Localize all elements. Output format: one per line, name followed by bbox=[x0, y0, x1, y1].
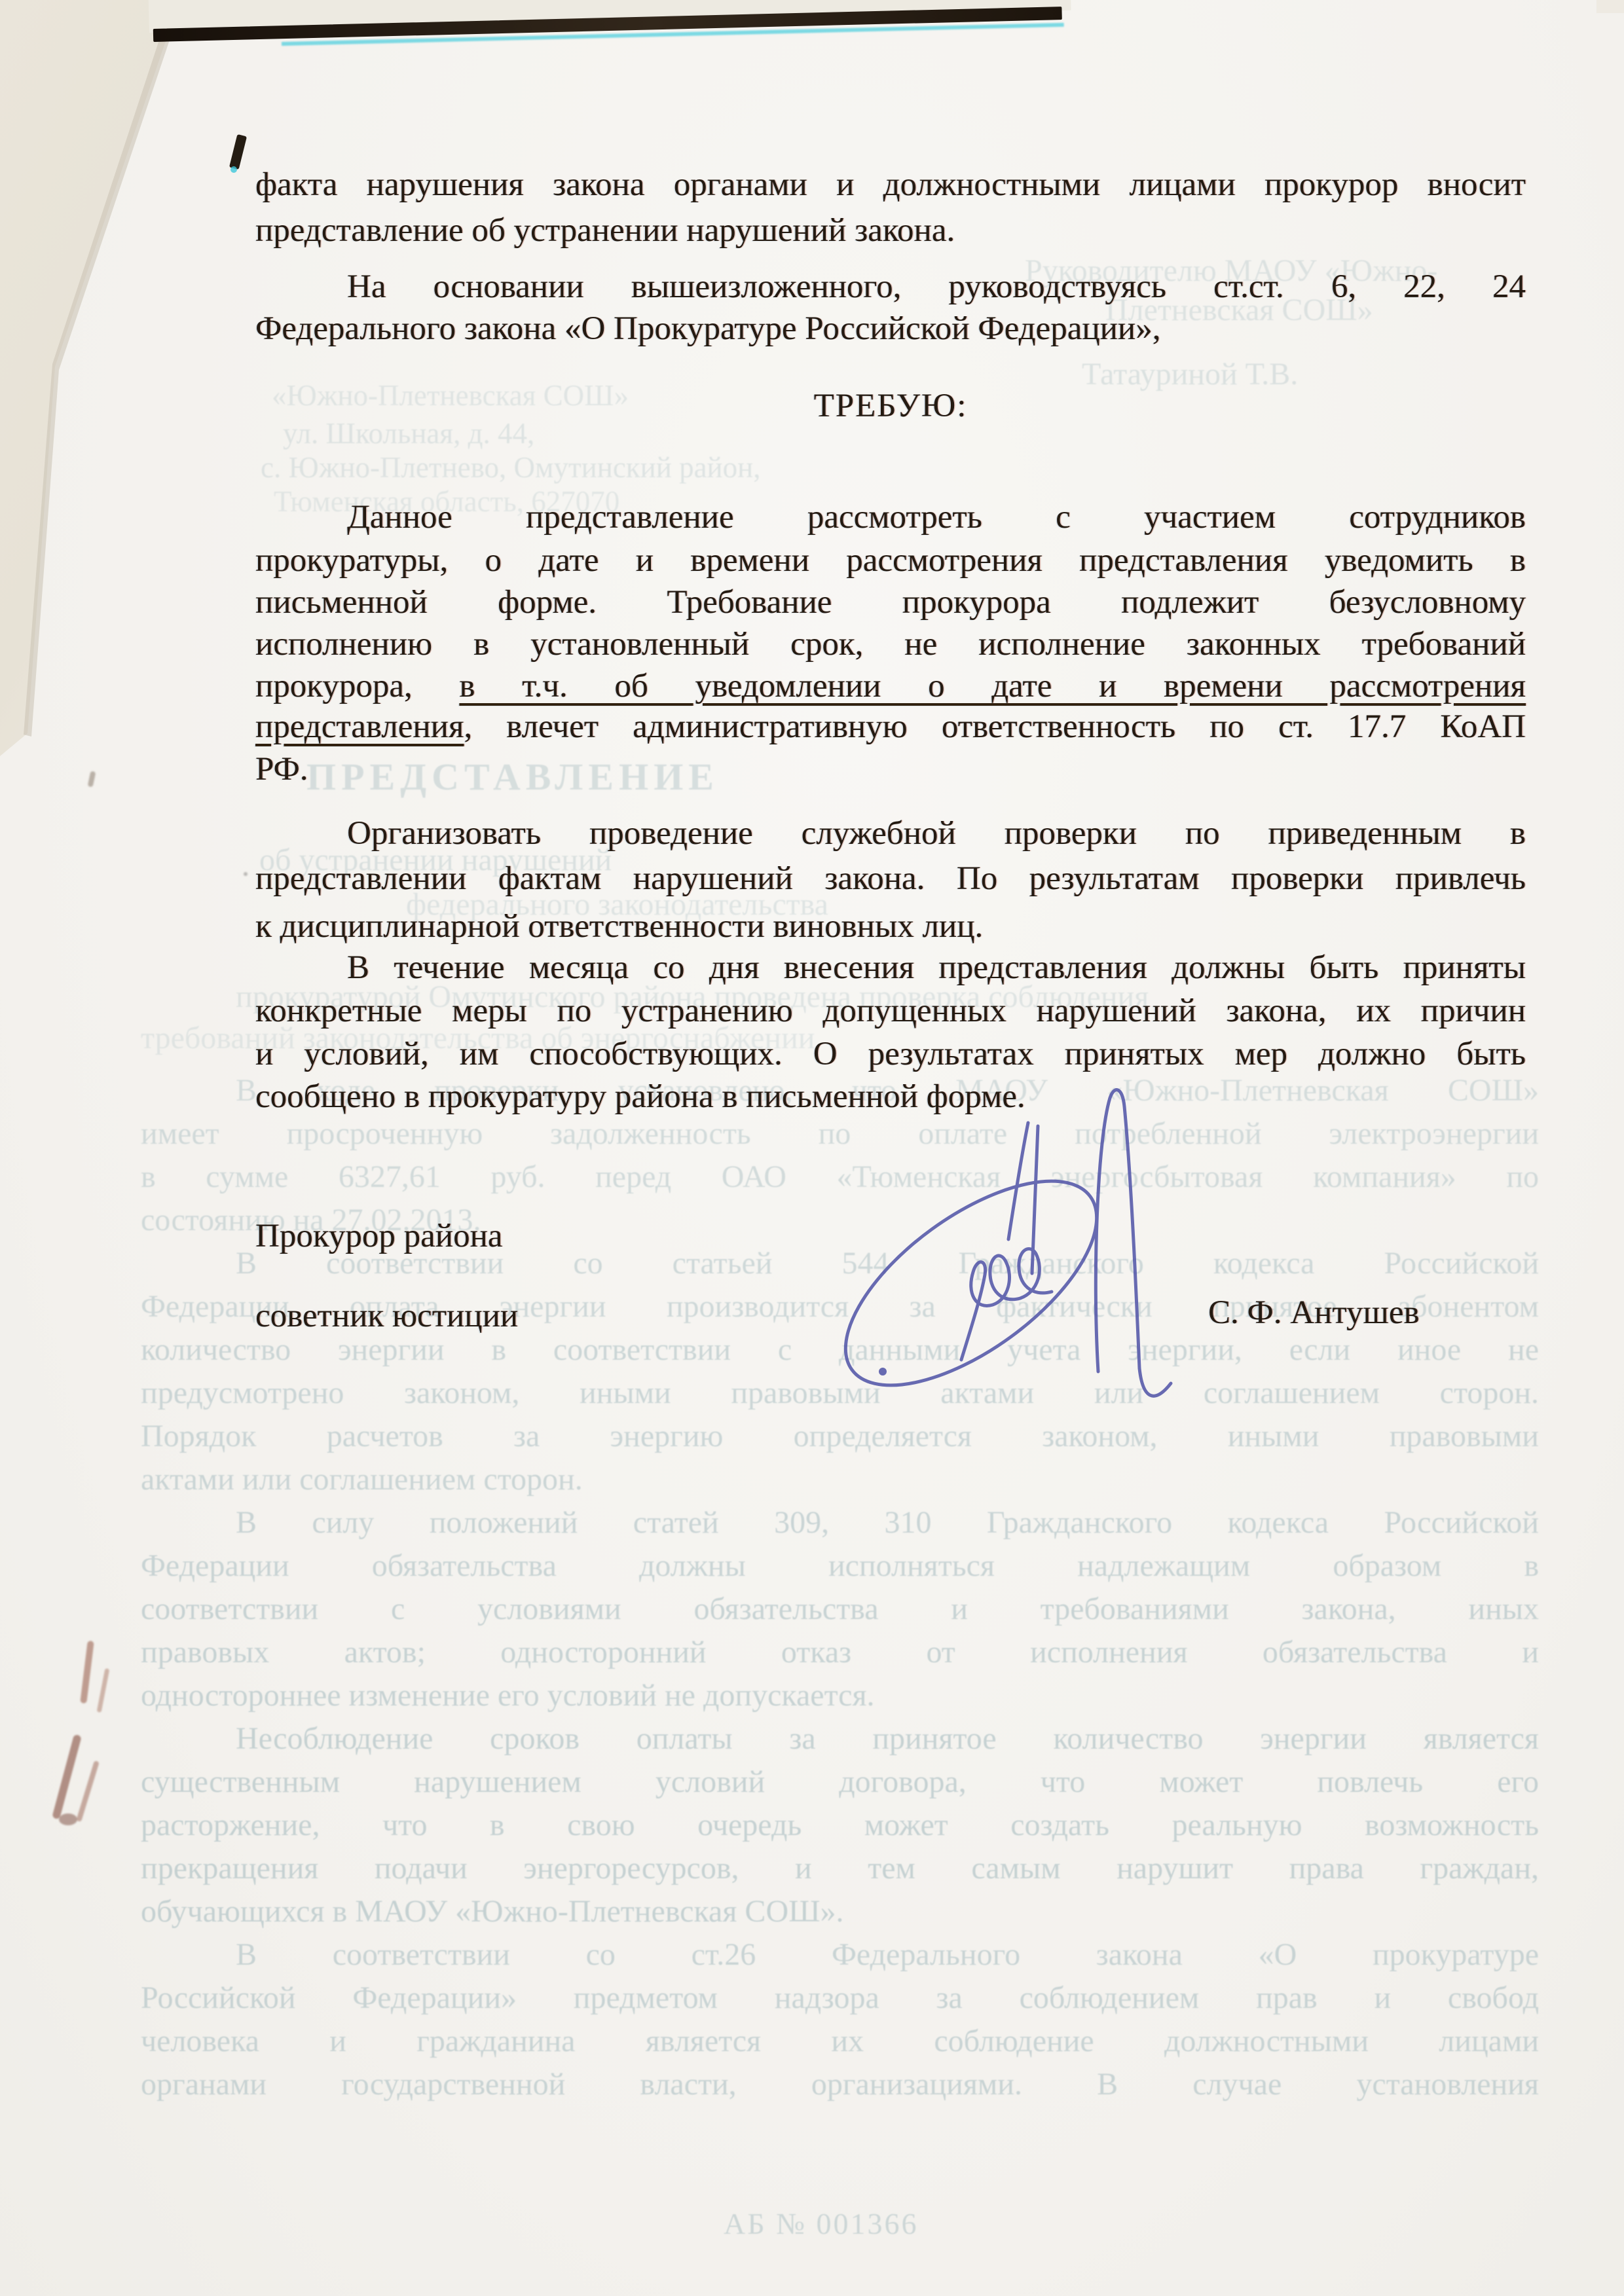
section-heading: ТРЕБУЮ: bbox=[255, 386, 1526, 426]
body-line-12: Организовать проведение служебной провер… bbox=[347, 814, 1526, 853]
body-line-6: прокуратуры, о дате и времени рассмотрен… bbox=[255, 541, 1526, 580]
body-line-7: письменной форме. Требование прокурора п… bbox=[255, 583, 1526, 622]
text-segment: ТРЕБУЮ: bbox=[814, 388, 968, 424]
text-segment: Данное представление рассмотреть с участ… bbox=[347, 499, 1526, 536]
text-segment: Прокурор района bbox=[255, 1218, 503, 1254]
body-line-1: факта нарушения закона органами и должно… bbox=[255, 165, 1526, 204]
text-segment: письменной форме. Требование прокурора п… bbox=[255, 584, 1526, 621]
text-segment: факта нарушения закона органами и должно… bbox=[255, 166, 1526, 203]
top-right-edge bbox=[1596, 0, 1624, 13]
text-segment: исполнению в установленный срок, не испо… bbox=[255, 626, 1526, 663]
text-segment: Федерального закона «О Прокуратуре Росси… bbox=[255, 310, 1160, 347]
body-line-4: Федерального закона «О Прокуратуре Росси… bbox=[255, 309, 1160, 348]
body-line-14: к дисциплинарной ответственности виновны… bbox=[255, 907, 983, 946]
underlined-text: в т.ч. об уведомлении о дате и времени р… bbox=[459, 668, 1526, 704]
underlined-text: представления bbox=[255, 708, 464, 745]
text-segment: На основании вышеизложенного, руководств… bbox=[347, 268, 1526, 305]
body-line-2: представление об устранении нарушений за… bbox=[255, 211, 955, 250]
text-segment: представлении фактам нарушений закона. П… bbox=[255, 860, 1526, 897]
body-line-8: исполнению в установленный срок, не испо… bbox=[255, 625, 1526, 664]
body-line-17: и условий, им способствующих. О результа… bbox=[255, 1034, 1526, 1074]
body-line-15: В течение месяца со дня внесения предста… bbox=[347, 948, 1526, 987]
text-segment: конкретные меры по устранению допущенных… bbox=[255, 993, 1526, 1029]
signature-icon bbox=[812, 1077, 1244, 1450]
text-segment: прокуратуры, о дате и времени рассмотрен… bbox=[255, 542, 1526, 579]
body-line-11: РФ. bbox=[255, 750, 308, 789]
text-segment: к дисциплинарной ответственности виновны… bbox=[255, 908, 983, 945]
text-segment: РФ. bbox=[255, 751, 308, 788]
text-segment: , влечет административную ответственност… bbox=[464, 708, 1526, 745]
signer-post-line: Прокурор района bbox=[255, 1216, 503, 1256]
text-segment: и условий, им способствующих. О результа… bbox=[255, 1036, 1526, 1072]
text-segment: В течение месяца со дня внесения предста… bbox=[347, 949, 1526, 986]
signer-rank-line: советник юстиции bbox=[255, 1296, 518, 1336]
text-segment: представление об устранении нарушений за… bbox=[255, 212, 955, 249]
text-segment: прокурора, bbox=[255, 668, 459, 704]
body-line-5: Данное представление рассмотреть с участ… bbox=[347, 498, 1526, 537]
body-line-9: прокурора, в т.ч. об уведомлении о дате … bbox=[255, 666, 1526, 706]
text-segment: советник юстиции bbox=[255, 1298, 518, 1334]
notch-cyan-dot bbox=[231, 166, 237, 173]
scanned-document-page: Руководителю МАОУ «Южно-Плетневская СОШ»… bbox=[0, 0, 1624, 2296]
body-line-3: На основании вышеизложенного, руководств… bbox=[347, 267, 1526, 306]
body-line-16: конкретные меры по устранению допущенных… bbox=[255, 991, 1526, 1030]
body-line-13: представлении фактам нарушений закона. П… bbox=[255, 859, 1526, 898]
body-line-10: представления, влечет административную о… bbox=[255, 707, 1526, 746]
text-segment: Организовать проведение служебной провер… bbox=[347, 815, 1526, 852]
